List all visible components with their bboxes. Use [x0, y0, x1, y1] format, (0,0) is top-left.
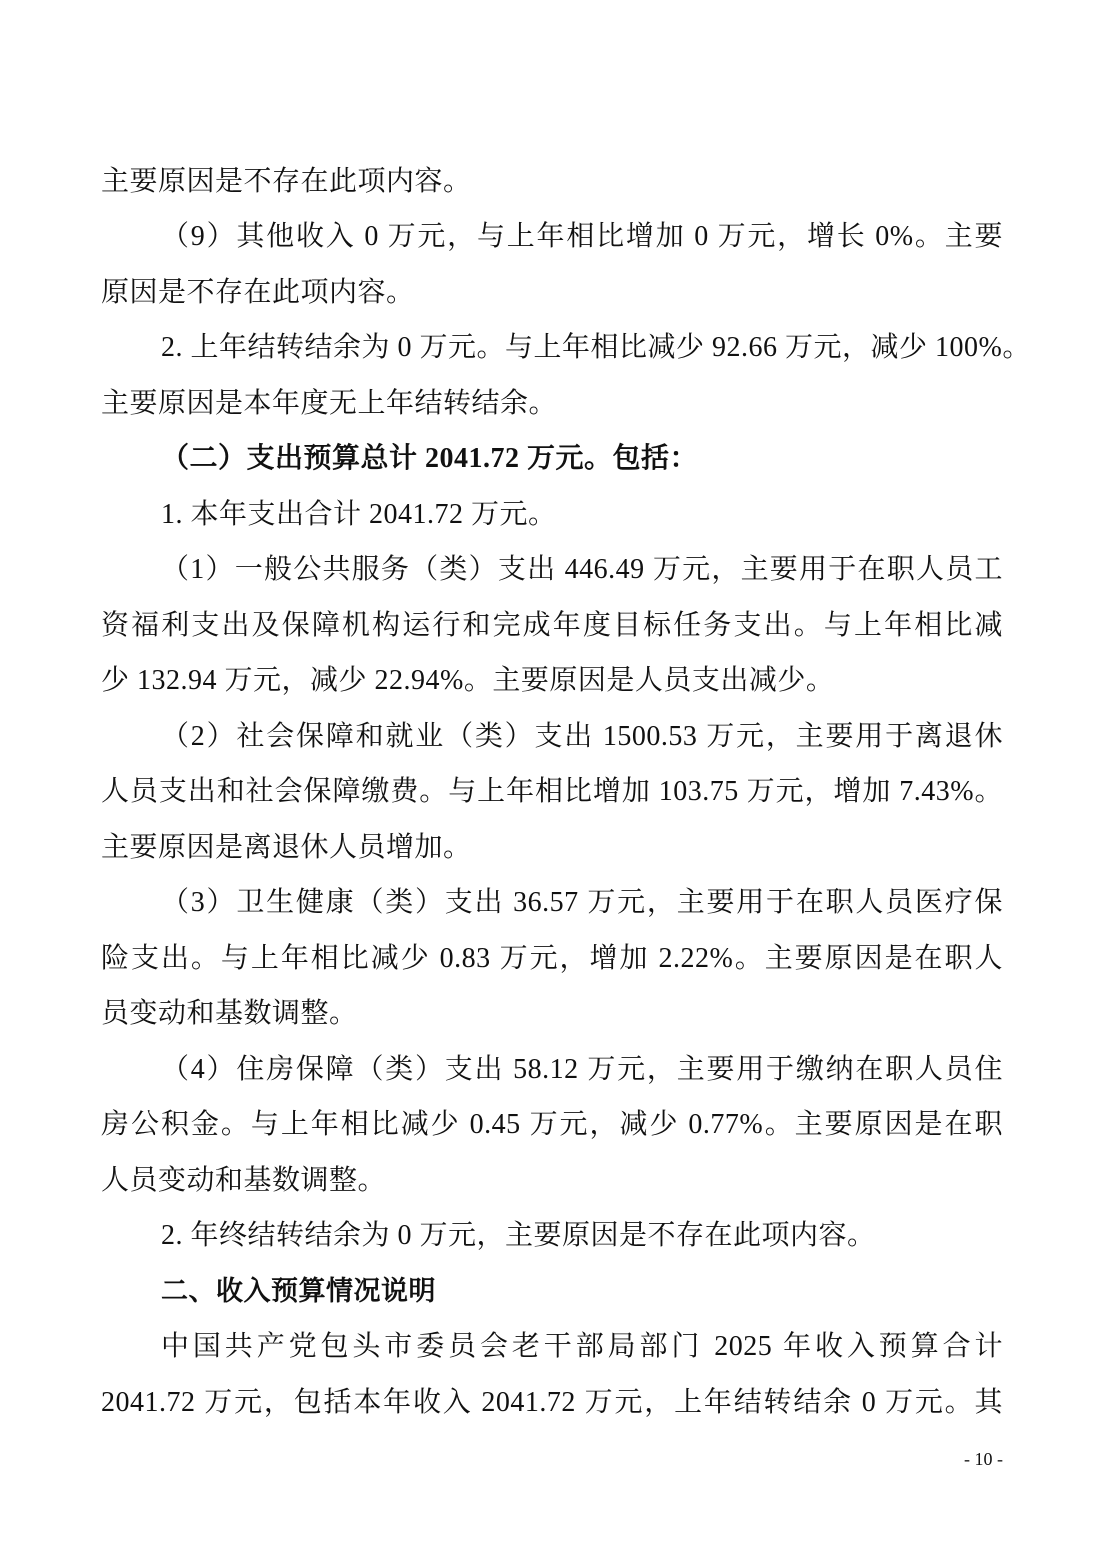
paragraph-line: 人员变动和基数调整。: [101, 1163, 1003, 1199]
paragraph-line: 资福利支出及保障机构运行和完成年度目标任务支出。与上年相比减: [101, 608, 1003, 644]
paragraph-line: 人员支出和社会保障缴费。与上年相比增加 103.75 万元，增加 7.43%。: [101, 774, 1003, 810]
paragraph-line: （3）卫生健康（类）支出 36.57 万元，主要用于在职人员医疗保: [161, 885, 1003, 921]
paragraph-line: 险支出。与上年相比减少 0.83 万元，增加 2.22%。主要原因是在职人: [101, 941, 1003, 977]
page-number: - 10 -: [964, 1448, 1003, 1470]
paragraph-line: （9）其他收入 0 万元，与上年相比增加 0 万元，增长 0%。主要: [161, 219, 1003, 255]
paragraph-line: （2）社会保障和就业（类）支出 1500.53 万元，主要用于离退休: [161, 719, 1003, 755]
document-page: 主要原因是不存在此项内容。 （9）其他收入 0 万元，与上年相比增加 0 万元，…: [0, 0, 1103, 1559]
paragraph-line: （4）住房保障（类）支出 58.12 万元，主要用于缴纳在职人员住: [161, 1052, 1003, 1088]
paragraph-line: 主要原因是本年度无上年结转结余。: [101, 386, 1003, 422]
paragraph-line: 房公积金。与上年相比减少 0.45 万元，减少 0.77%。主要原因是在职: [101, 1107, 1003, 1143]
paragraph-line: 少 132.94 万元，减少 22.94%。主要原因是人员支出减少。: [101, 663, 1003, 699]
paragraph-line: 1. 本年支出合计 2041.72 万元。: [161, 497, 1003, 533]
paragraph-line: 主要原因是不存在此项内容。: [101, 164, 1003, 200]
paragraph-line: 2041.72 万元，包括本年收入 2041.72 万元，上年结转结余 0 万元…: [101, 1385, 1003, 1421]
section-subheading: （二）支出预算总计 2041.72 万元。包括：: [161, 441, 1003, 477]
paragraph-line: （1）一般公共服务（类）支出 446.49 万元，主要用于在职人员工: [161, 552, 1003, 588]
paragraph-line: 主要原因是离退休人员增加。: [101, 830, 1003, 866]
section-heading: 二、收入预算情况说明: [161, 1274, 1003, 1310]
paragraph-line: 中国共产党包头市委员会老干部局部门 2025 年收入预算合计: [161, 1329, 1003, 1365]
paragraph-line: 原因是不存在此项内容。: [101, 275, 1003, 311]
paragraph-line: 员变动和基数调整。: [101, 996, 1003, 1032]
paragraph-line: 2. 上年结转结余为 0 万元。与上年相比减少 92.66 万元，减少 100%…: [161, 330, 1003, 366]
paragraph-line: 2. 年终结转结余为 0 万元，主要原因是不存在此项内容。: [161, 1218, 1003, 1254]
